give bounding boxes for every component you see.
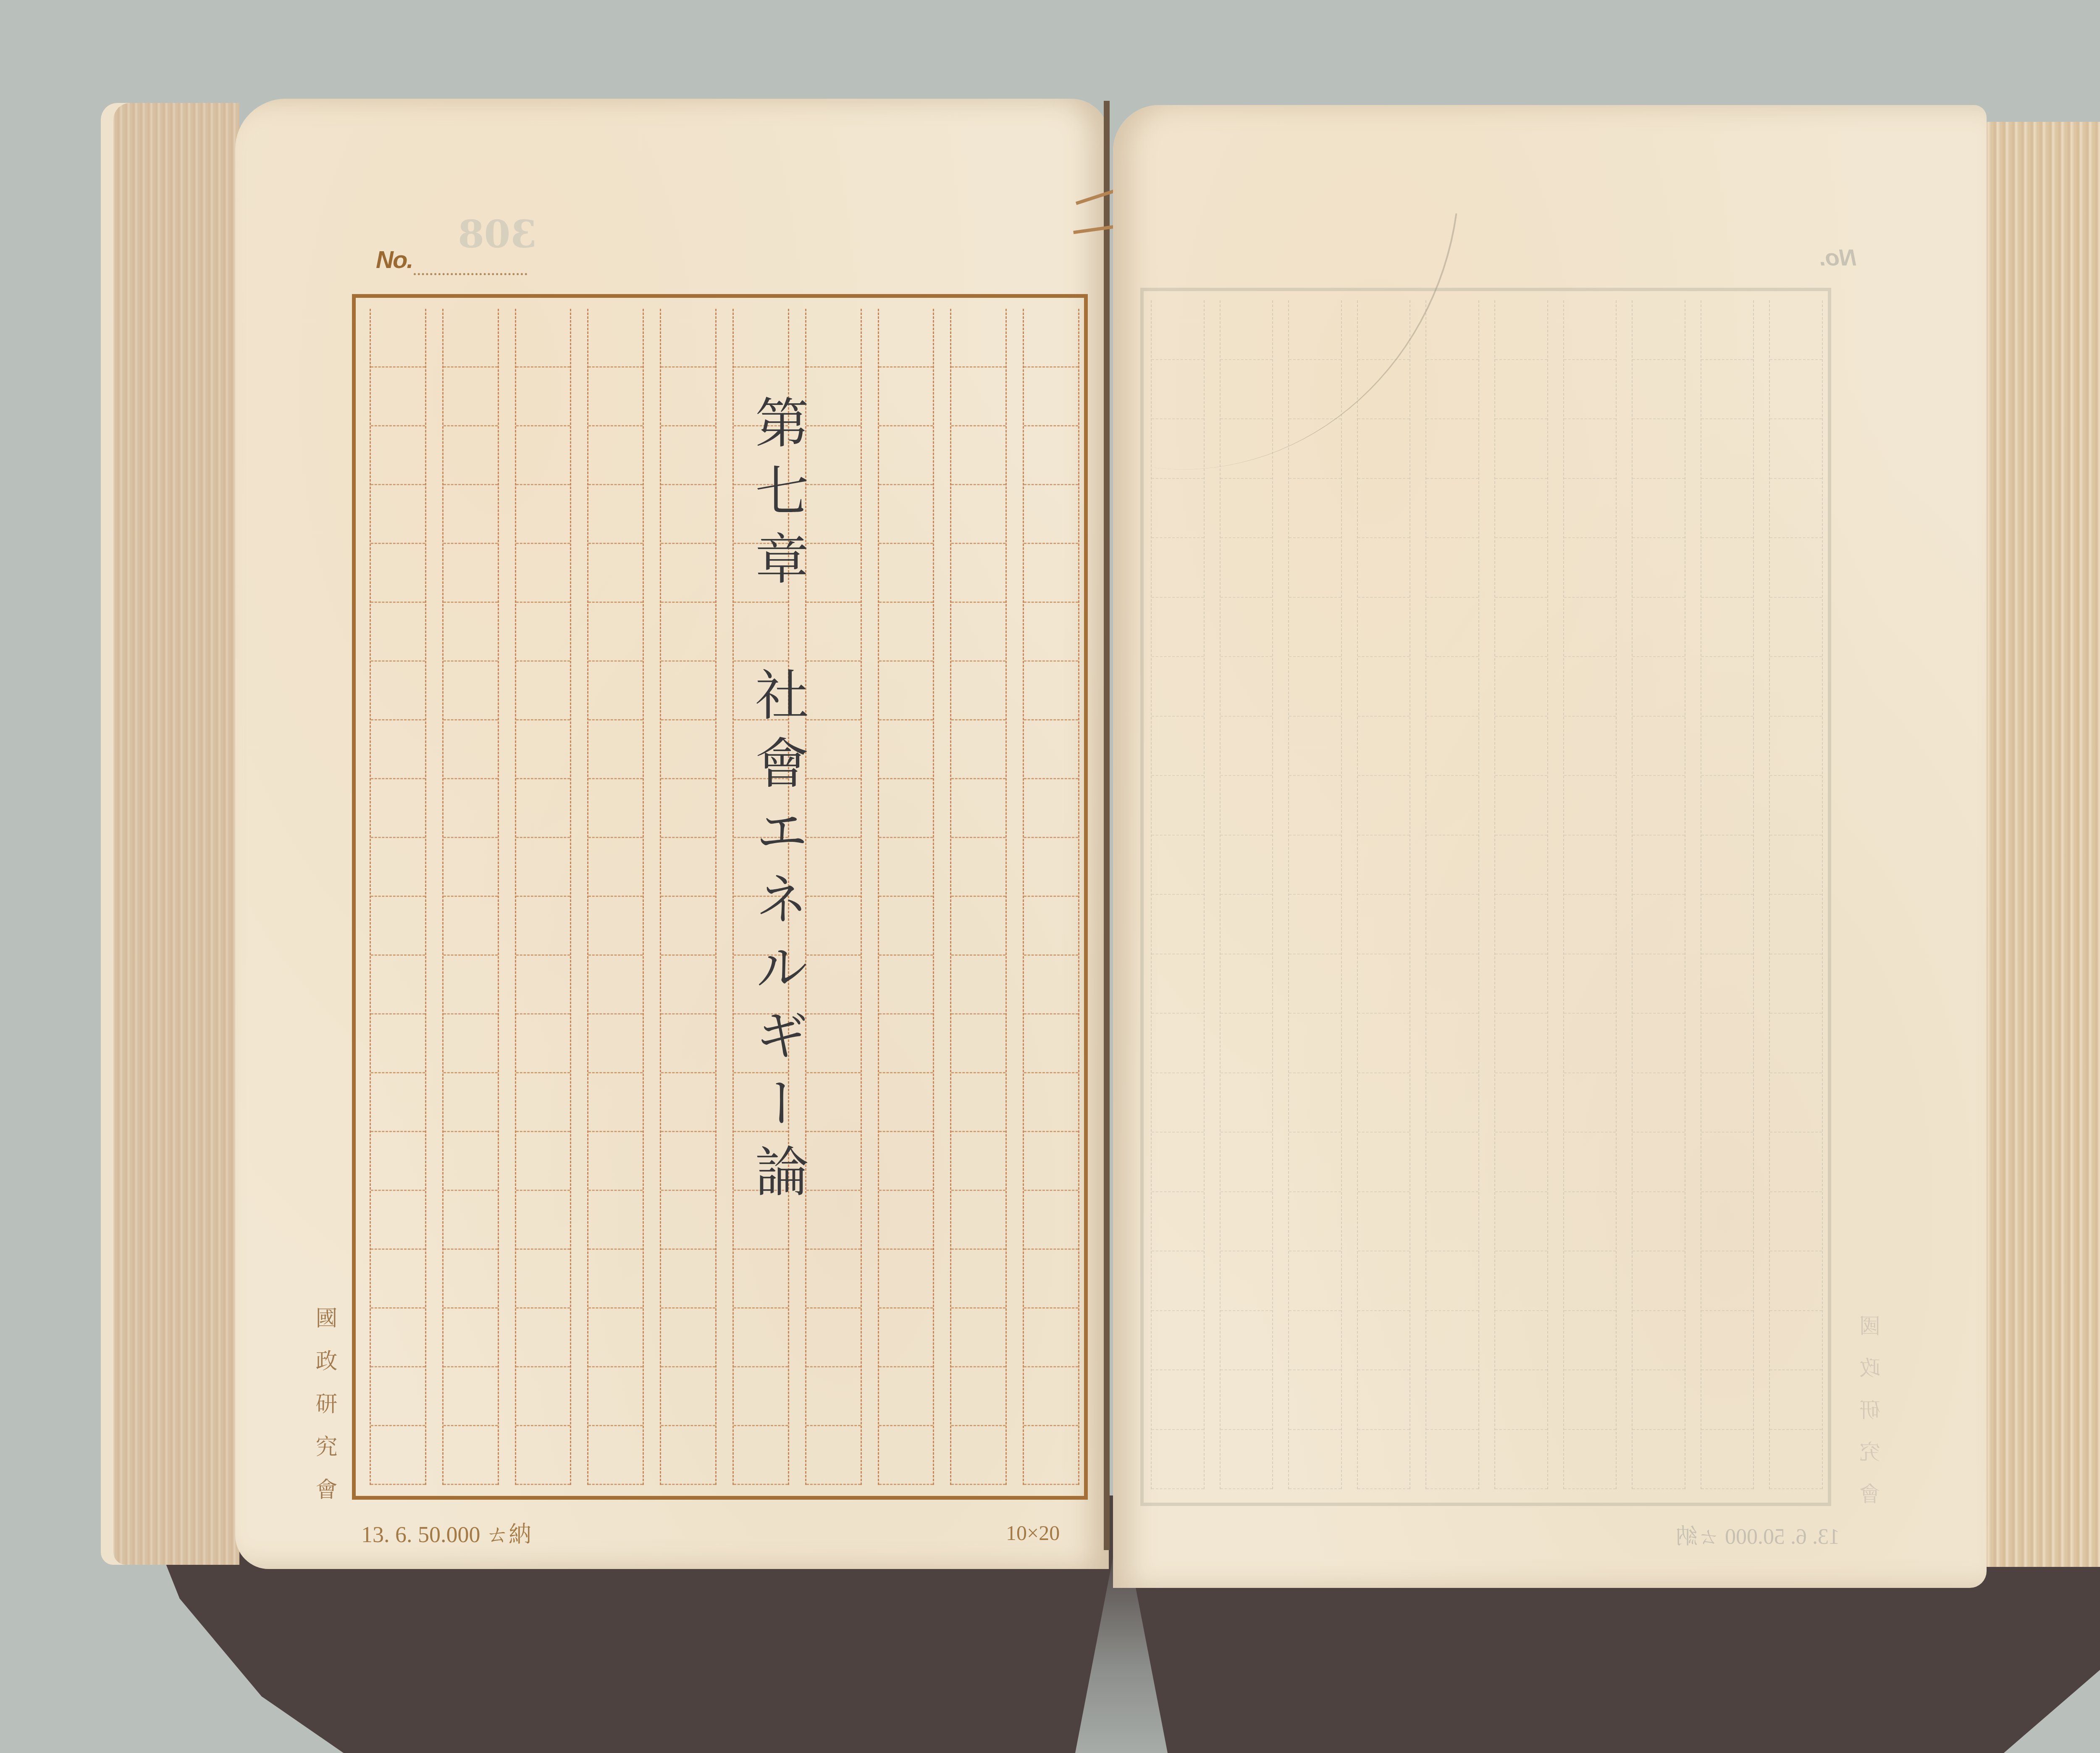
grid-cell — [661, 779, 715, 838]
grid-cell — [371, 426, 425, 485]
grid-cell — [1152, 717, 1204, 776]
grid-cell — [1701, 776, 1753, 836]
grid-cell — [1221, 1311, 1273, 1371]
grid-cell — [1495, 1073, 1547, 1133]
grid-cell — [1770, 419, 1822, 479]
grid-cell — [1221, 836, 1273, 895]
grid-cell — [1701, 1430, 1753, 1490]
grid-cell — [1152, 1251, 1204, 1311]
grid-cell — [1495, 538, 1547, 598]
grid-cell — [806, 1367, 861, 1426]
grid-cell — [1701, 717, 1753, 776]
grid-cell — [879, 1250, 933, 1309]
grid-cell — [1633, 1370, 1685, 1430]
grid-cell — [516, 309, 570, 368]
grid-cell — [1152, 1014, 1204, 1073]
grid-cell — [1495, 836, 1547, 895]
grid-cell — [1221, 776, 1273, 836]
book-spine — [1104, 101, 1110, 1550]
grid-cell — [1426, 776, 1478, 836]
grid-cell — [1289, 1251, 1341, 1311]
grid-cell — [516, 897, 570, 956]
grid-cell — [1024, 1014, 1078, 1073]
grid-cell — [806, 838, 861, 897]
grid-cell — [806, 426, 861, 485]
grid-cell — [444, 897, 498, 956]
grid-cell — [661, 1014, 715, 1073]
grid-cell — [734, 1309, 788, 1367]
grid-cell — [1289, 1311, 1341, 1371]
grid-cell — [444, 720, 498, 779]
grid-cell — [1564, 300, 1616, 360]
grid-cell — [1633, 776, 1685, 836]
grid-cell — [879, 1309, 933, 1367]
grid-cell — [1024, 1132, 1078, 1191]
grid-cell — [1358, 776, 1410, 836]
grid-cell — [444, 662, 498, 720]
grid-cell — [588, 603, 643, 662]
grid-cell — [1358, 538, 1410, 598]
grid-cell — [1358, 657, 1410, 717]
grid-cell — [1770, 479, 1822, 539]
grid-cell — [516, 1132, 570, 1191]
grid-column — [1288, 300, 1342, 1489]
grid-cell — [951, 485, 1005, 544]
grid-cell — [1701, 1192, 1753, 1252]
grid-cell — [1152, 776, 1204, 836]
grid-cell — [879, 1014, 933, 1073]
grid-cell — [1564, 657, 1616, 717]
grid-cell — [371, 1014, 425, 1073]
grid-cell — [1221, 1430, 1273, 1490]
grid-cell — [588, 368, 643, 426]
grid-cell — [1426, 836, 1478, 895]
grid-cell — [516, 1073, 570, 1132]
grid-cell — [371, 368, 425, 426]
grid-cell — [1770, 538, 1822, 598]
grid-cell — [734, 1367, 788, 1426]
grid-cell — [1152, 657, 1204, 717]
grid-cell — [1289, 419, 1341, 479]
grid-cell — [1495, 479, 1547, 539]
grid-cell — [371, 1367, 425, 1426]
grid-cell — [661, 1191, 715, 1250]
grid-column — [587, 309, 644, 1485]
grid-cell — [1770, 1014, 1822, 1073]
ghost-page-number: 308 — [458, 212, 537, 257]
grid-cell — [1564, 1251, 1616, 1311]
grid-cell — [1152, 1370, 1204, 1430]
grid-cell — [1770, 717, 1822, 776]
grid-cell — [1221, 1370, 1273, 1430]
grid-column — [515, 309, 572, 1485]
print-code: 13. 6. 50.000 ㄊ納 — [361, 1516, 531, 1549]
grid-cell — [1701, 598, 1753, 657]
grid-cell — [1426, 1430, 1478, 1490]
grid-cell — [1426, 419, 1478, 479]
grid-cell — [516, 956, 570, 1014]
grid-cell — [1701, 1073, 1753, 1133]
grid-cell — [588, 1014, 643, 1073]
grid-cell — [1426, 1014, 1478, 1073]
grid-cell — [1701, 895, 1753, 954]
grid-column — [1023, 309, 1079, 1485]
grid-cell — [371, 720, 425, 779]
grid-cell — [1152, 538, 1204, 598]
grid-cell — [734, 1250, 788, 1309]
grid-cell — [516, 720, 570, 779]
grid-cell — [1024, 544, 1078, 603]
grid-cell — [1221, 419, 1273, 479]
grid-cell — [1495, 360, 1547, 420]
grid-cell — [1221, 598, 1273, 657]
grid-cell — [806, 720, 861, 779]
grid-cell — [1152, 954, 1204, 1014]
page-number-field — [414, 273, 527, 275]
grid-cell — [1633, 1311, 1685, 1371]
grid-cell — [444, 1309, 498, 1367]
grid-cell — [1770, 776, 1822, 836]
grid-cell — [1426, 1133, 1478, 1192]
grid-cell — [1221, 479, 1273, 539]
show-through-imprint: 國政研究會 — [1856, 1315, 1887, 1525]
grid-cell — [588, 662, 643, 720]
grid-cell — [1701, 836, 1753, 895]
grid-cell — [879, 662, 933, 720]
grid-cell — [1289, 1073, 1341, 1133]
grid-cell — [1221, 300, 1273, 360]
grid-cell — [1633, 360, 1685, 420]
grid-cell — [1701, 1370, 1753, 1430]
grid-cell — [588, 1250, 643, 1309]
grid-cell — [951, 1426, 1005, 1485]
grid-cell — [1564, 776, 1616, 836]
grid-cell — [1701, 538, 1753, 598]
grid-cell — [1289, 538, 1341, 598]
grid-cell — [806, 1073, 861, 1132]
grid-cell — [588, 544, 643, 603]
grid-column — [660, 309, 717, 1485]
grid-cell — [1633, 1251, 1685, 1311]
grid-cell — [588, 309, 643, 368]
grid-cell — [1495, 1430, 1547, 1490]
grid-cell — [734, 309, 788, 368]
grid-cell — [371, 485, 425, 544]
grid-cell — [371, 897, 425, 956]
grid-cell — [1152, 1430, 1204, 1490]
grid-cell — [806, 1309, 861, 1367]
grid-cell — [588, 1073, 643, 1132]
grid-cell — [1152, 1192, 1204, 1252]
grid-cell — [951, 779, 1005, 838]
grid-cell — [371, 1132, 425, 1191]
grid-cell — [661, 309, 715, 368]
grid-column — [1563, 300, 1617, 1489]
grid-cell — [806, 956, 861, 1014]
grid-cell — [1701, 479, 1753, 539]
grid-cell — [1152, 1073, 1204, 1133]
grid-cell — [444, 779, 498, 838]
grid-cell — [371, 544, 425, 603]
grid-cell — [1221, 1133, 1273, 1192]
grid-cell — [951, 720, 1005, 779]
grid-cell — [516, 1426, 570, 1485]
grid-cell — [516, 368, 570, 426]
grid-cell — [444, 1250, 498, 1309]
grid-cell — [661, 1367, 715, 1426]
grid-cell — [951, 1191, 1005, 1250]
grid-cell — [661, 1132, 715, 1191]
grid-cell — [371, 1426, 425, 1485]
grid-cell — [1495, 1192, 1547, 1252]
grid-cell — [1633, 479, 1685, 539]
grid-cell — [734, 1426, 788, 1485]
grid-cell — [1152, 360, 1204, 420]
grid-cell — [1358, 836, 1410, 895]
grid-cell — [516, 544, 570, 603]
grid-cell — [1358, 1192, 1410, 1252]
grid-cell — [879, 897, 933, 956]
grid-cell — [1221, 895, 1273, 954]
grid-cell — [1770, 1073, 1822, 1133]
grid-cell — [1633, 1192, 1685, 1252]
grid-cell — [1701, 1014, 1753, 1073]
grid-cell — [1701, 1311, 1753, 1371]
grid-cell — [1358, 1430, 1410, 1490]
grid-cell — [444, 544, 498, 603]
grid-cell — [951, 603, 1005, 662]
grid-cell — [444, 603, 498, 662]
grid-cell — [1495, 1370, 1547, 1430]
grid-cell — [806, 309, 861, 368]
grid-cell — [661, 838, 715, 897]
grid-cell — [588, 426, 643, 485]
grid-cell — [1564, 598, 1616, 657]
grid-cell — [661, 720, 715, 779]
grid-cell — [1221, 1014, 1273, 1073]
grid-cell — [1221, 360, 1273, 420]
grid-cell — [1633, 419, 1685, 479]
grid-cell — [1024, 603, 1078, 662]
grid-cell — [1024, 1309, 1078, 1367]
grid-cell — [806, 662, 861, 720]
grid-cell — [806, 1132, 861, 1191]
grid-cell — [588, 956, 643, 1014]
grid-cell — [444, 368, 498, 426]
grid-cell — [1495, 657, 1547, 717]
grid-cell — [444, 1367, 498, 1426]
grid-cell — [1289, 1430, 1341, 1490]
grid-cell — [661, 485, 715, 544]
grid-cell — [588, 779, 643, 838]
grid-cell — [1221, 954, 1273, 1014]
grid-cell — [951, 544, 1005, 603]
grid-cell — [588, 1426, 643, 1485]
grid-cell — [371, 603, 425, 662]
grid-cell — [516, 426, 570, 485]
grid-cell — [879, 779, 933, 838]
grid-cell — [1221, 657, 1273, 717]
grid-cell — [1289, 657, 1341, 717]
grid-cell — [1152, 1311, 1204, 1371]
grid-cell — [806, 1191, 861, 1250]
grid-cell — [1024, 779, 1078, 838]
grid-cell — [1633, 538, 1685, 598]
grid-cell — [371, 1191, 425, 1250]
grid-cell — [371, 779, 425, 838]
grid-cell — [516, 779, 570, 838]
grid-cell — [1426, 1311, 1478, 1371]
grid-cell — [1358, 1133, 1410, 1192]
grid-cell — [1289, 717, 1341, 776]
grid-cell — [1426, 598, 1478, 657]
grid-cell — [1564, 1430, 1616, 1490]
grid-cell — [1564, 1370, 1616, 1430]
grid-cell — [516, 603, 570, 662]
grid-cell — [588, 1132, 643, 1191]
grid-cell — [951, 1367, 1005, 1426]
grid-cell — [1701, 1133, 1753, 1192]
grid-cell — [1564, 360, 1616, 420]
grid-cell — [444, 1073, 498, 1132]
grid-cell — [1495, 1133, 1547, 1192]
grid-cell — [1024, 838, 1078, 897]
grid-cell — [1701, 954, 1753, 1014]
right-page-stack — [1982, 122, 2100, 1567]
grid-column — [805, 309, 862, 1485]
grid-cell — [879, 720, 933, 779]
grid-cell — [1221, 1251, 1273, 1311]
grid-column — [1769, 300, 1823, 1489]
grid-column — [1701, 300, 1754, 1489]
grid-cell — [1152, 895, 1204, 954]
grid-cell — [879, 603, 933, 662]
grid-cell — [1426, 895, 1478, 954]
grid-cell — [444, 1426, 498, 1485]
grid-cell — [1770, 360, 1822, 420]
grid-cell — [1358, 954, 1410, 1014]
grid-cell — [1024, 1073, 1078, 1132]
grid-cell — [444, 1191, 498, 1250]
grid-cell — [1024, 1250, 1078, 1309]
grid-cell — [516, 662, 570, 720]
grid-cell — [1024, 662, 1078, 720]
grid-cell — [1024, 897, 1078, 956]
grid-cell — [1221, 538, 1273, 598]
grid-cell — [1024, 485, 1078, 544]
grid-cell — [879, 368, 933, 426]
show-through-number-label: No. — [1819, 244, 1856, 271]
grid-cell — [516, 1014, 570, 1073]
grid-cell — [1633, 895, 1685, 954]
grid-cell — [1701, 419, 1753, 479]
grid-cell — [661, 956, 715, 1014]
grid-cell — [588, 1309, 643, 1367]
grid-cell — [371, 309, 425, 368]
grid-cell — [1289, 836, 1341, 895]
grid-cell — [661, 1250, 715, 1309]
grid-cell — [1358, 360, 1410, 420]
grid-cell — [1633, 717, 1685, 776]
grid-cell — [516, 1309, 570, 1367]
grid-cell — [1024, 368, 1078, 426]
grid-cell — [1426, 1192, 1478, 1252]
grid-cell — [1495, 1311, 1547, 1371]
grid-cell — [1289, 954, 1341, 1014]
grid-cell — [879, 1426, 933, 1485]
grid-cell — [1426, 657, 1478, 717]
grid-cell — [1633, 300, 1685, 360]
grid-cell — [1701, 657, 1753, 717]
grid-cell — [1358, 1251, 1410, 1311]
grid-cell — [444, 426, 498, 485]
grid-cell — [879, 309, 933, 368]
grid-cell — [879, 956, 933, 1014]
show-through-grid — [1151, 300, 1823, 1489]
grid-cell — [951, 1132, 1005, 1191]
grid-column — [950, 309, 1007, 1485]
grid-cell — [1289, 1133, 1341, 1192]
grid-cell — [879, 838, 933, 897]
grid-cell — [1358, 1073, 1410, 1133]
grid-cell — [371, 1309, 425, 1367]
grid-cell — [661, 897, 715, 956]
grid-cell — [806, 1426, 861, 1485]
grid-cell — [806, 603, 861, 662]
publisher-imprint: 國政研究會 — [309, 1306, 340, 1521]
grid-column — [370, 309, 426, 1485]
grid-cell — [1770, 1133, 1822, 1192]
grid-column — [1632, 300, 1685, 1489]
grid-cell — [1289, 1014, 1341, 1073]
grid-cell — [661, 1073, 715, 1132]
grid-cell — [1564, 836, 1616, 895]
grid-cell — [661, 544, 715, 603]
grid-cell — [371, 1073, 425, 1132]
grid-cell — [879, 1073, 933, 1132]
grid-cell — [1564, 1014, 1616, 1073]
grid-cell — [1289, 360, 1341, 420]
page-number-label: No. — [376, 246, 412, 274]
grid-cell — [1495, 419, 1547, 479]
grid-column — [1494, 300, 1548, 1489]
manuscript-grid — [370, 309, 1079, 1485]
grid-cell — [951, 426, 1005, 485]
grid-cell — [1358, 895, 1410, 954]
grid-cell — [588, 1367, 643, 1426]
grid-cell — [1495, 300, 1547, 360]
grid-cell — [951, 309, 1005, 368]
grid-cell — [1358, 598, 1410, 657]
grid-cell — [951, 1073, 1005, 1132]
grid-cell — [516, 1367, 570, 1426]
grid-cell — [1495, 954, 1547, 1014]
grid-cell — [1024, 1191, 1078, 1250]
grid-cell — [1426, 1370, 1478, 1430]
grid-cell — [1564, 1073, 1616, 1133]
grid-cell — [806, 485, 861, 544]
grid-cell — [951, 662, 1005, 720]
grid-cell — [1152, 300, 1204, 360]
grid-cell — [1024, 956, 1078, 1014]
grid-cell — [661, 426, 715, 485]
grid-cell — [951, 368, 1005, 426]
grid-cell — [1770, 895, 1822, 954]
grid-cell — [661, 1426, 715, 1485]
grid-cell — [1770, 1251, 1822, 1311]
grid-cell — [444, 956, 498, 1014]
grid-cell — [1633, 954, 1685, 1014]
